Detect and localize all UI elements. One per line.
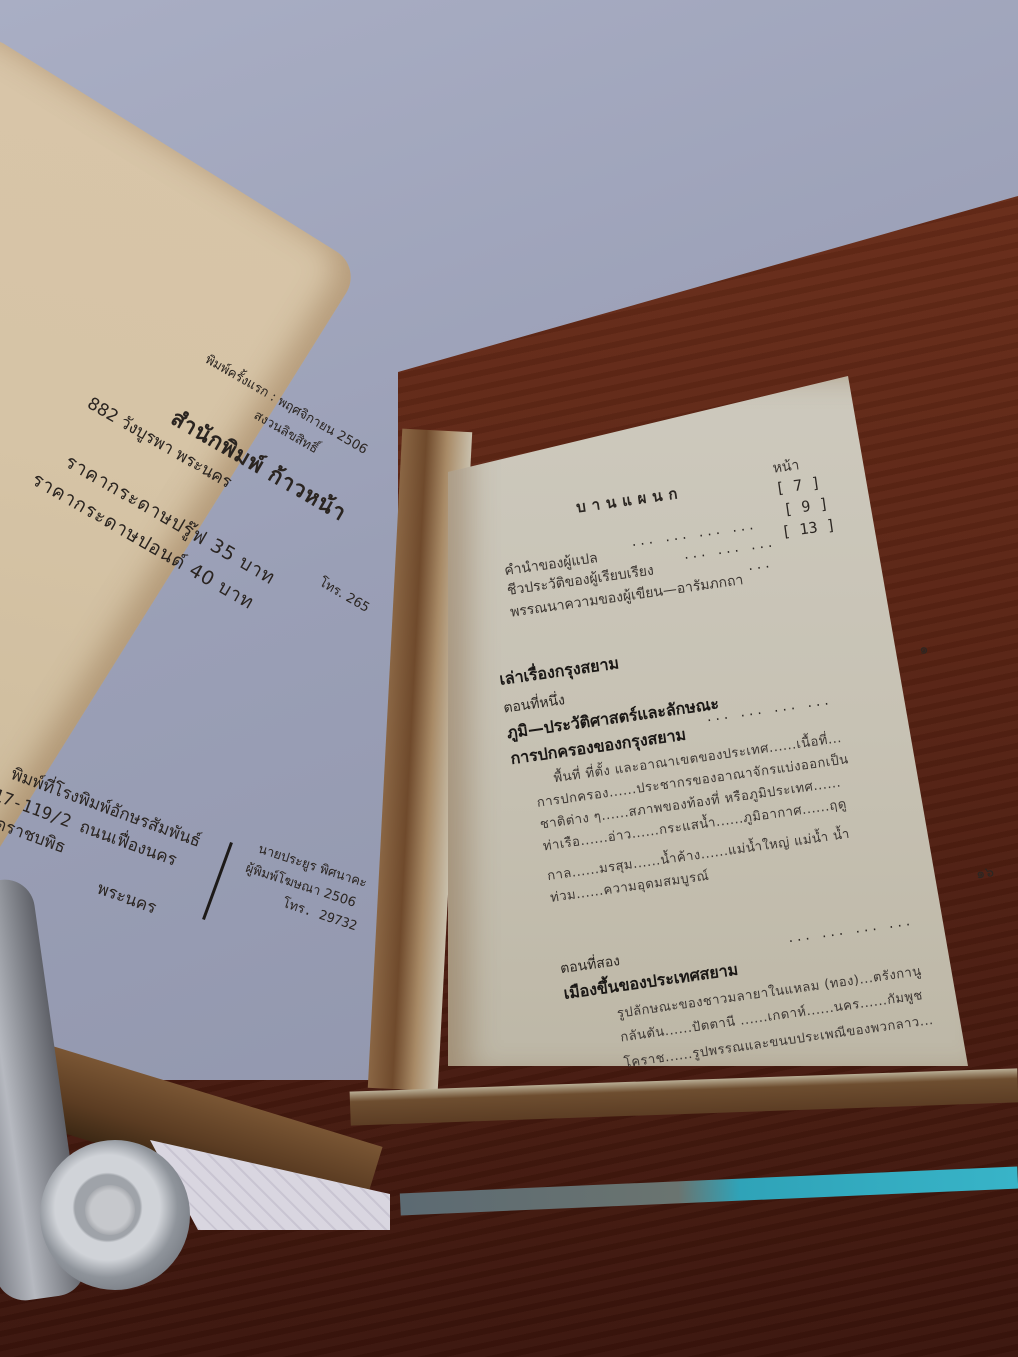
chapter-2-page: ๑๖ bbox=[975, 861, 996, 885]
clamp-screw-hole bbox=[85, 1185, 135, 1235]
